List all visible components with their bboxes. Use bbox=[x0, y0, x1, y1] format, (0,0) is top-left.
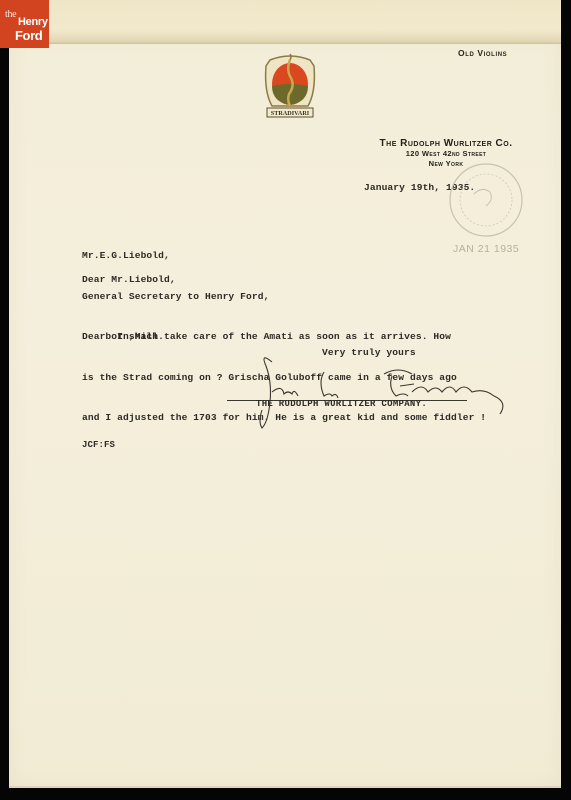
department-heading: Old Violins bbox=[458, 48, 507, 58]
recipient-line: Mr.E.G.Liebold, bbox=[82, 249, 269, 263]
salutation: Dear Mr.Liebold, bbox=[82, 274, 176, 285]
document-viewer: the Henry Ford Old Violins STRADIVARI Th… bbox=[0, 0, 571, 800]
typist-initials: JCF:FS bbox=[82, 440, 115, 450]
logo-henry: Henry bbox=[18, 16, 48, 28]
handwritten-signature-icon bbox=[232, 352, 522, 432]
henry-ford-logo: the Henry Ford bbox=[0, 0, 49, 48]
stradivari-emblem-icon: STRADIVARI bbox=[260, 52, 320, 124]
body-line: I shall take care of the Amati as soon a… bbox=[82, 330, 486, 344]
recipient-line: General Secretary to Henry Ford, bbox=[82, 290, 269, 304]
postmark-stamp-icon bbox=[444, 160, 530, 240]
received-date-stamp: JAN 21 1935 bbox=[453, 243, 519, 255]
company-signature: THE RUDOLPH WURLITZER COMPANY. bbox=[256, 399, 427, 409]
logo-ford: Ford bbox=[15, 28, 42, 43]
svg-text:STRADIVARI: STRADIVARI bbox=[271, 110, 310, 117]
logo-the: the bbox=[5, 9, 16, 20]
company-name: The Rudolph Wurlitzer Co. bbox=[362, 139, 530, 149]
company-address: 120 West 42nd Street bbox=[362, 149, 530, 159]
